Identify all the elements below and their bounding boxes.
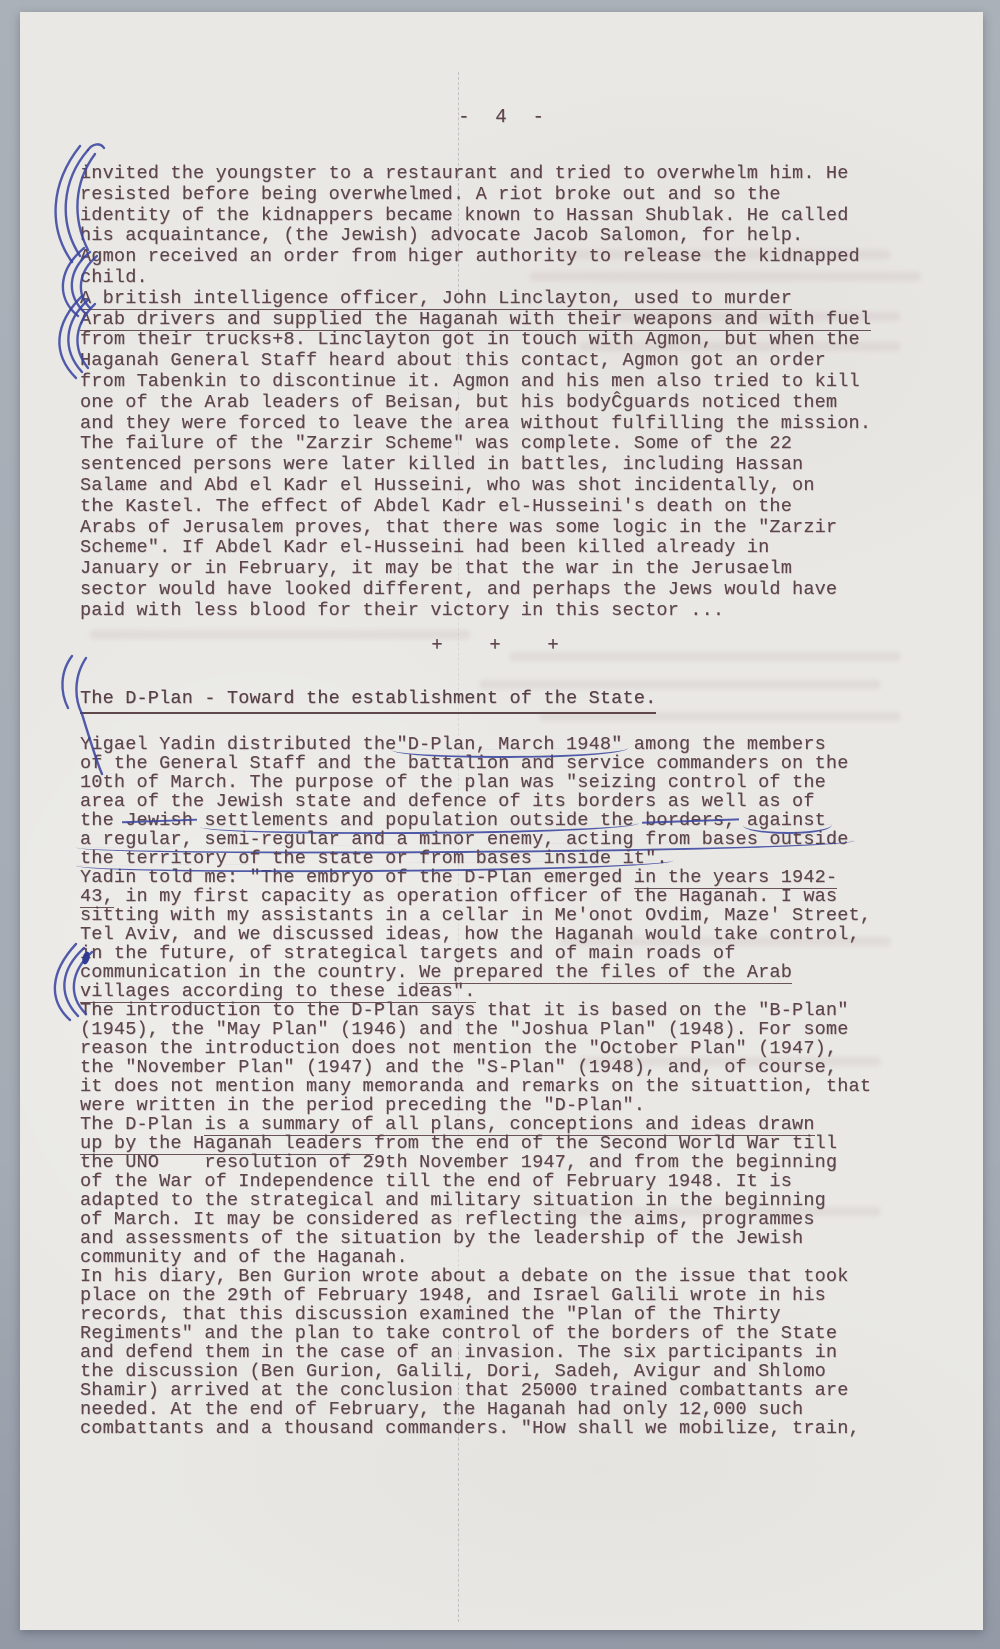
typed-text: Regiments" and the plan to take control … — [80, 1323, 837, 1344]
text-line: sector would have looked different, and … — [80, 580, 943, 601]
text-line: place on the 29th of February 1948, and … — [80, 1286, 943, 1305]
typed-text: and defend them in the case of an invasi… — [80, 1342, 837, 1363]
pen-underlined-text: settlements and population outside the — [204, 810, 633, 831]
typed-text: in my first capacity as operation office… — [114, 886, 837, 907]
typed-text: among the members — [623, 734, 826, 755]
text-line: were written in the period preceding the… — [80, 1096, 943, 1115]
text-line: the Jewish settlements and population ou… — [80, 811, 943, 830]
text-line: the territory of the state or from bases… — [80, 849, 943, 868]
pen-underlined-text: against — [747, 810, 826, 831]
typed-text: The introduction to the D-Plan says that… — [80, 1000, 849, 1021]
typed-text: The failure of the "Zarzir Scheme" was c… — [80, 433, 792, 454]
typed-text: Haganah General Staff heard about this c… — [80, 350, 826, 371]
typed-text: 10th of March. The purpose of the plan w… — [80, 772, 826, 793]
text-line: child. — [80, 268, 943, 289]
typed-text: needed. At the end of February, the Haga… — [80, 1399, 803, 1420]
text-line: Scheme". If Abdel Kadr el-Husseini had b… — [80, 538, 943, 559]
pen-struck-text: borders, — [645, 810, 735, 831]
typed-text: the — [80, 810, 125, 831]
text-line: from Tabenkin to discontinue it. Agmon a… — [80, 372, 943, 393]
typed-text: Tel Aviv, and we discussed ideas, how th… — [80, 924, 860, 945]
typed-text: the UNO resolution of 29th November 1947… — [80, 1152, 837, 1173]
typed-text: identity of the kidnappers became known … — [80, 205, 849, 226]
text-line: The D-Plan is a summary of all plans, co… — [80, 1115, 943, 1134]
typed-text: from Tabenkin to discontinue it. Agmon a… — [80, 371, 860, 392]
typed-text: sector would have looked different, and … — [80, 579, 837, 600]
text-line: his acquaintance, (the Jewish) advocate … — [80, 226, 943, 247]
typed-text: the discussion (Ben Gurion, Galili, Dori… — [80, 1361, 826, 1382]
text-line: In his diary, Ben Gurion wrote about a d… — [80, 1267, 943, 1286]
text-line: needed. At the end of February, the Haga… — [80, 1400, 943, 1419]
typed-text: communication in the country. — [80, 962, 419, 983]
text-line: of the War of Independence till the end … — [80, 1172, 943, 1191]
text-line: sentenced persons were later killed in b… — [80, 455, 943, 476]
text-line: a regular, semi-regular and a minor enem… — [80, 830, 943, 849]
text-line: (1945), the "May Plan" (1946) and the "J… — [80, 1020, 943, 1039]
pen-paren-mark — [55, 944, 76, 1020]
text-line: it does not mention many memoranda and r… — [80, 1077, 943, 1096]
text-line: Regiments" and the plan to take control … — [80, 1324, 943, 1343]
page-number: - 4 - — [20, 106, 983, 128]
typed-text: of the War of Independence till the end … — [80, 1171, 792, 1192]
typed-text: January or in February, it may be that t… — [80, 558, 792, 579]
typed-text: Agmon received an order from higer autho… — [80, 246, 860, 267]
typed-text: place on the 29th of February 1948, and … — [80, 1285, 826, 1306]
typed-underline-text: A british intelligence officer, John Lin… — [80, 288, 792, 310]
pen-underlined-text: the territory of the state or from bases… — [80, 848, 668, 869]
typed-text: Scheme". If Abdel Kadr el-Husseini had b… — [80, 537, 769, 558]
typed-text: were written in the period preceding the… — [80, 1095, 645, 1116]
text-line: communication in the country. We prepare… — [80, 963, 943, 982]
paragraph: Yigael Yadin distributed the"D-Plan, Mar… — [80, 735, 943, 1438]
text-line: the "November Plan" (1947) and the "S-Pl… — [80, 1058, 943, 1077]
typed-text: Shamir) arrived at the conclusion that 2… — [80, 1380, 849, 1401]
text-line: 10th of March. The purpose of the plan w… — [80, 773, 943, 792]
pen-underlined-text: a regular, semi-regular and a minor enem… — [80, 829, 849, 850]
text-line: The failure of the "Zarzir Scheme" was c… — [80, 434, 943, 455]
text-line: villages according to these ideas". — [80, 982, 943, 1001]
paragraph: invited the youngster to a restaurant an… — [80, 164, 943, 622]
typed-text — [634, 810, 645, 831]
text-line: January or in February, it may be that t… — [80, 559, 943, 580]
text-line: records, that this discussion examined t… — [80, 1305, 943, 1324]
typed-text: invited the youngster to a restaurant an… — [80, 163, 849, 184]
typed-text: area of the Jewish state and defence of … — [80, 791, 815, 812]
typed-text: his acquaintance, (the Jewish) advocate … — [80, 225, 803, 246]
typed-text: from the end of the Second World War til… — [374, 1133, 837, 1154]
typed-text: the Kastel. The effect of Abdel Kadr el-… — [80, 496, 792, 517]
text-line: the Kastel. The effect of Abdel Kadr el-… — [80, 497, 943, 518]
text-line: Tel Aviv, and we discussed ideas, how th… — [80, 925, 943, 944]
typed-text: combattants and a thousand commanders. "… — [80, 1418, 860, 1439]
pen-paren-mark — [88, 144, 104, 150]
typed-text: adapted to the strategical and military … — [80, 1190, 826, 1211]
text-line: and assessments of the situation by the … — [80, 1229, 943, 1248]
text-line: invited the youngster to a restaurant an… — [80, 164, 943, 185]
typed-text: of March. It may be considered as reflec… — [80, 1209, 815, 1230]
text-line: reason the introduction does not mention… — [80, 1039, 943, 1058]
typed-text: and assessments of the situation by the … — [80, 1228, 803, 1249]
typed-text: from their trucks+8. Linclayton got in t… — [80, 329, 860, 350]
typed-text: The D-Plan — [80, 1114, 204, 1135]
text-line: Salame and Abd el Kadr el Husseini, who … — [80, 476, 943, 497]
text-line: resisted before being overwhelmed. A rio… — [80, 185, 943, 206]
text-line: The introduction to the D-Plan says that… — [80, 1001, 943, 1020]
text-line: sitting with my assistants in a cellar i… — [80, 906, 943, 925]
pen-paren-mark — [62, 656, 72, 708]
pen-paren-mark — [56, 146, 80, 262]
text-line: Yigael Yadin distributed the"D-Plan, Mar… — [80, 735, 943, 754]
text-line: the discussion (Ben Gurion, Galili, Dori… — [80, 1362, 943, 1381]
typed-text: and they were forced to leave the area w… — [80, 413, 871, 434]
typed-underline-text: Arab drivers and supplied the Haganah wi… — [80, 309, 871, 331]
typed-text: sentenced persons were later killed in b… — [80, 454, 803, 475]
typed-text: one of the Arab leaders of Beisan, but h… — [80, 392, 837, 413]
typed-text: child. — [80, 267, 148, 288]
text-line: identity of the kidnappers became known … — [80, 206, 943, 227]
typed-text: records, that this discussion examined t… — [80, 1304, 781, 1325]
typed-text: paid with less blood for their victory i… — [80, 600, 724, 621]
plus-separator: + + + — [80, 634, 910, 656]
typed-text: the "November Plan" (1947) and the "S-Pl… — [80, 1057, 837, 1078]
typed-text: resisted before being overwhelmed. A rio… — [80, 184, 781, 205]
text-line: paid with less blood for their victory i… — [80, 601, 943, 622]
text-line: Shamir) arrived at the conclusion that 2… — [80, 1381, 943, 1400]
typed-text: community and of the Haganah. — [80, 1247, 408, 1268]
text-line: Agmon received an order from higer autho… — [80, 247, 943, 268]
scanned-document-screenshot: { "page": { "number_label": "- 4 -" }, "… — [0, 0, 1000, 1649]
typed-text: In his diary, Ben Gurion wrote about a d… — [80, 1266, 849, 1287]
text-line: of March. It may be considered as reflec… — [80, 1210, 943, 1229]
typed-text: it does not mention many memoranda and r… — [80, 1076, 871, 1097]
text-line: Haganah General Staff heard about this c… — [80, 351, 943, 372]
text-line: community and of the Haganah. — [80, 1248, 943, 1267]
typed-text: in the future, of strategical targets an… — [80, 943, 736, 964]
text-line: in the future, of strategical targets an… — [80, 944, 943, 963]
text-line: Arabs of Jerusalem proves, that there wa… — [80, 518, 943, 539]
typed-text: Arabs of Jerusalem proves, that there wa… — [80, 517, 837, 538]
pen-struck-text: Jewish — [125, 810, 193, 831]
text-line: and defend them in the case of an invasi… — [80, 1343, 943, 1362]
text-line: up by the Haganah leaders from the end o… — [80, 1134, 943, 1153]
text-line: adapted to the strategical and military … — [80, 1191, 943, 1210]
text-line: A british intelligence officer, John Lin… — [80, 289, 943, 310]
text-line: from their trucks+8. Linclayton got in t… — [80, 330, 943, 351]
text-line: and they were forced to leave the area w… — [80, 414, 943, 435]
typed-text: reason the introduction does not mention… — [80, 1038, 837, 1059]
text-line: one of the Arab leaders of Beisan, but h… — [80, 393, 943, 414]
page-paper: - 4 - invited the youngster to a restaur… — [20, 12, 983, 1630]
text-line: 43, in my first capacity as operation of… — [80, 887, 943, 906]
text-line: combattants and a thousand commanders. "… — [80, 1419, 943, 1438]
text-line: the UNO resolution of 29th November 1947… — [80, 1153, 943, 1172]
text-line: area of the Jewish state and defence of … — [80, 792, 943, 811]
typed-text: sitting with my assistants in a cellar i… — [80, 905, 871, 926]
section-heading: The D-Plan - Toward the establishment of… — [80, 688, 656, 709]
typed-text: Salame and Abd el Kadr el Husseini, who … — [80, 475, 815, 496]
typed-text: Yigael Yadin distributed the — [80, 734, 396, 755]
text-line: Arab drivers and supplied the Haganah wi… — [80, 310, 943, 331]
typed-text: (1945), the "May Plan" (1946) and the "J… — [80, 1019, 849, 1040]
pen-paren-mark — [59, 296, 82, 378]
pen-underlined-text: "D-Plan, March 1948" — [396, 734, 622, 755]
